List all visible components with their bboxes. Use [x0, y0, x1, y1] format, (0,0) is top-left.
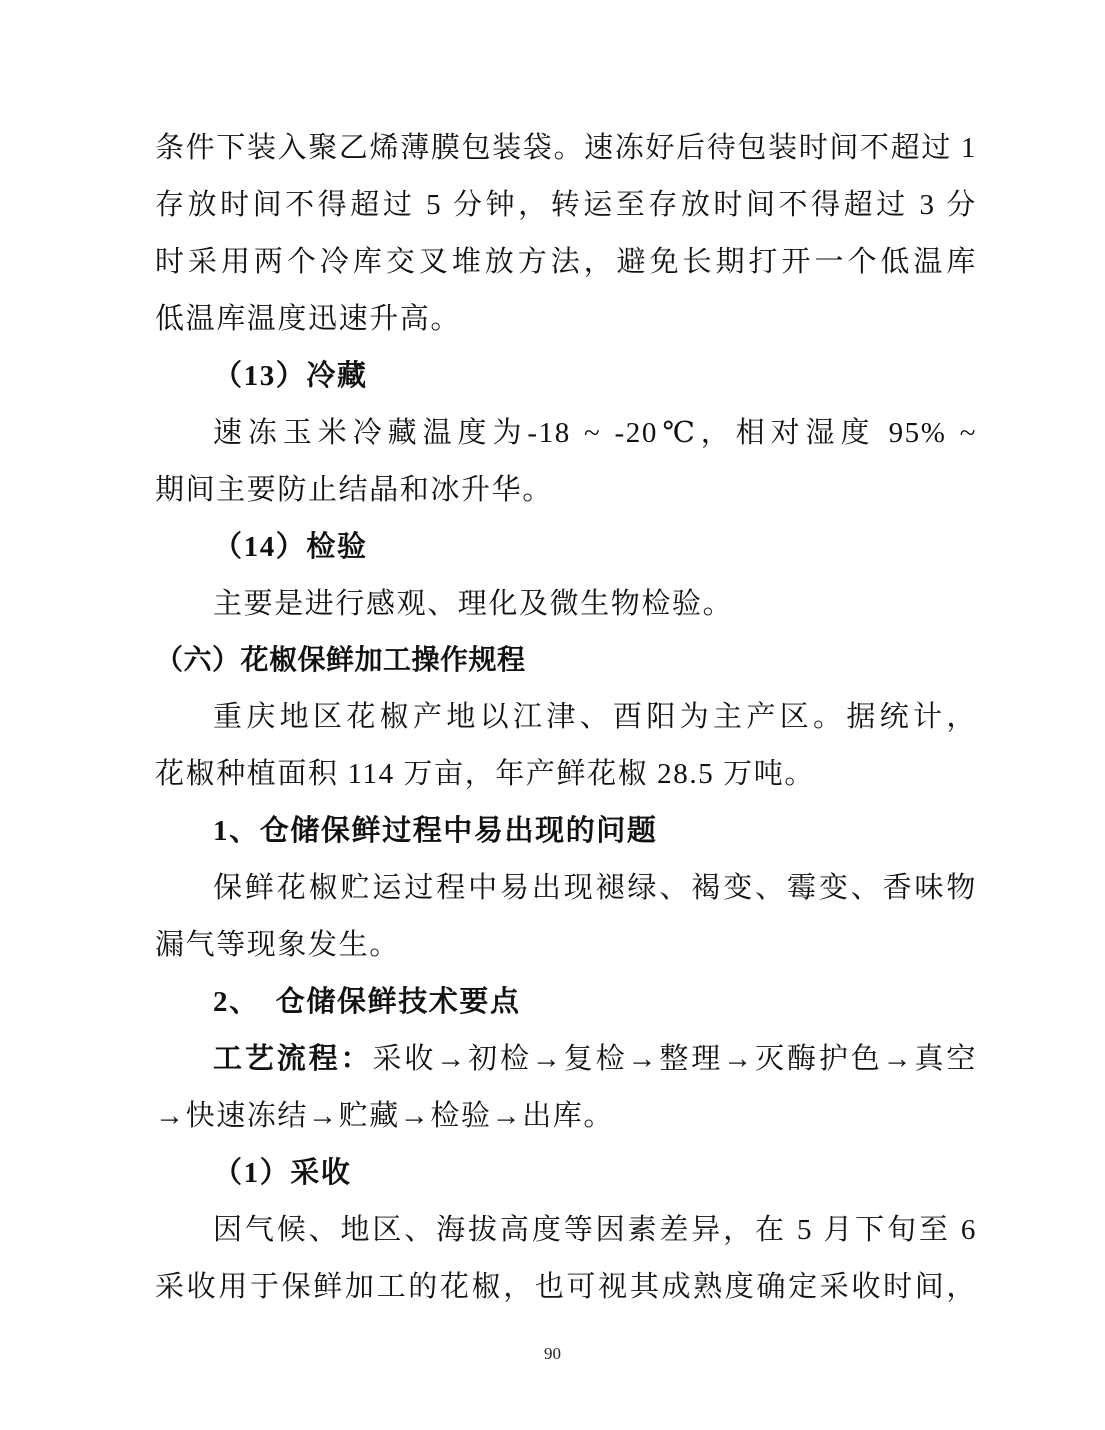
body-line: 花椒种植面积 114 万亩，年产鲜花椒 28.5 万吨。 — [155, 754, 815, 794]
body-line: 速冻玉米冷藏温度为-18 ~ -20℃，相对湿度 95% ~ 98%，贮藏 — [213, 413, 977, 453]
subheading-storage-problems: 1、仓储保鲜过程中易出现的问题 — [213, 811, 658, 851]
subheading-inspection: （14）检验 — [213, 527, 368, 567]
body-line: 主要是进行感观、理化及微生物检验。 — [213, 584, 733, 624]
section-heading: （六）花椒保鲜加工操作规程 — [155, 640, 526, 680]
subheading-storage-key-points: 2、 仓储保鲜技术要点 — [213, 982, 521, 1022]
body-line: 条件下装入聚乙烯薄膜包装袋。速冻好后待包装时间不超过 1 分钟， — [155, 128, 977, 168]
subheading-cold-storage: （13）冷藏 — [213, 356, 368, 396]
body-line: 保鲜花椒贮运过程中易出现褪绿、褐变、霉变、香味物质下降、 — [213, 868, 977, 908]
body-line: 时采用两个冷库交叉堆放方法，避免长期打开一个低温库门，造成 — [155, 242, 977, 282]
process-flow-label: 工艺流程： — [213, 1043, 372, 1075]
page-number: 90 — [0, 1344, 1105, 1364]
body-line: 重庆地区花椒产地以江津、酉阳为主产区。据统计，2019 年， — [213, 697, 977, 737]
body-line: 采收用于保鲜加工的花椒，也可视其成熟度确定采收时间，鲜花椒 — [155, 1267, 977, 1307]
body-line: 存放时间不得超过 5 分钟，转运至存放时间不得超过 3 分钟。存放 — [155, 185, 977, 225]
process-flow-line: 工艺流程：采收→初检→复检→整理→灭酶护色→真空包装 — [213, 1039, 977, 1079]
body-line: 因气候、地区、海拔高度等因素差异，在 5 月下旬至 6 月下旬 — [213, 1210, 977, 1250]
subheading-harvest: （1）采收 — [213, 1153, 352, 1193]
process-flow-line-2: →快速冻结→贮藏→检验→出库。 — [155, 1096, 614, 1136]
body-line: 漏气等现象发生。 — [155, 925, 400, 965]
body-line: 期间主要防止结晶和冰升华。 — [155, 470, 553, 510]
body-line: 低温库温度迅速升高。 — [155, 299, 461, 339]
